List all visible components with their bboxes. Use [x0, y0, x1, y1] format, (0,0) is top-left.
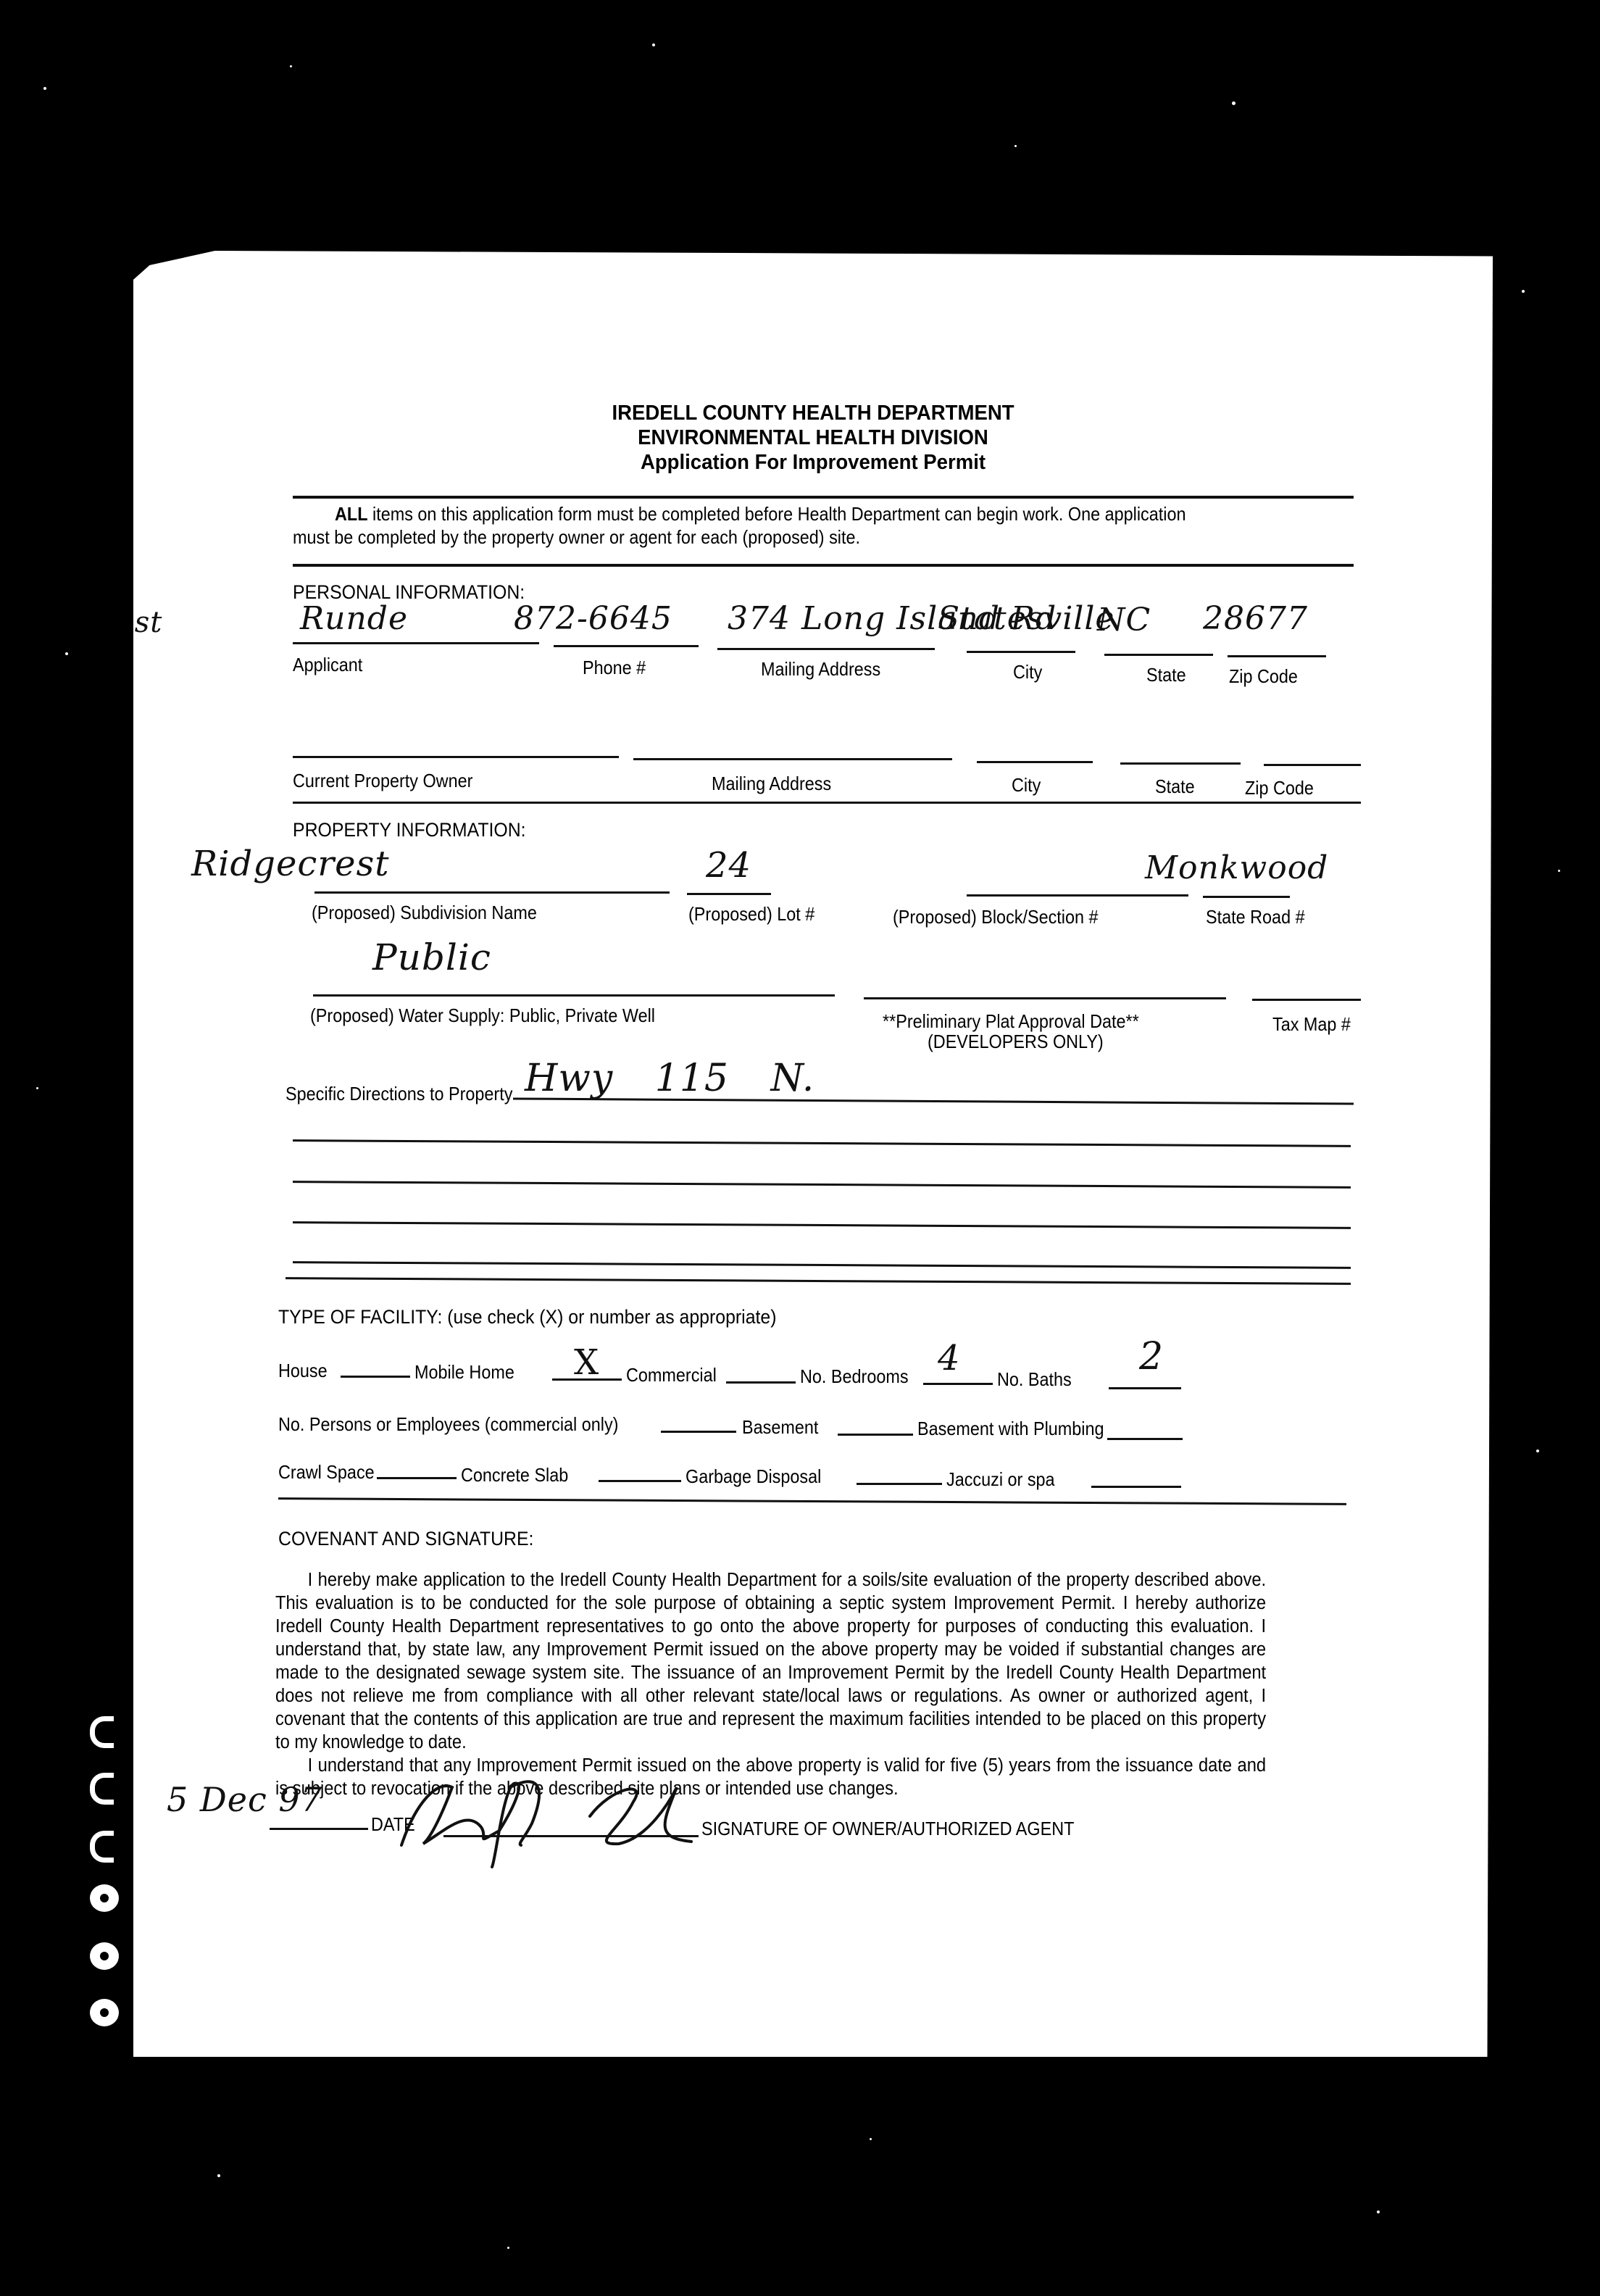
directions-label: Specific Directions to Property	[286, 1083, 512, 1105]
basement-plumbing-field[interactable]	[1107, 1438, 1183, 1440]
directions-line[interactable]	[293, 1221, 1351, 1229]
division-title: ENVIRONMENTAL HEALTH DIVISION	[167, 426, 1459, 450]
crawl-space-field[interactable]	[377, 1477, 457, 1479]
block-section-field[interactable]	[967, 894, 1188, 897]
concrete-slab-field[interactable]	[599, 1480, 681, 1482]
house-field[interactable]	[341, 1376, 410, 1378]
commercial-field[interactable]	[726, 1381, 796, 1384]
mobile-home-label: Mobile Home	[414, 1361, 514, 1384]
signature-label: SIGNATURE OF OWNER/AUTHORIZED AGENT	[701, 1818, 1074, 1840]
mobile-home-field[interactable]: X	[574, 1342, 599, 1383]
owner-city-label: City	[1012, 774, 1041, 796]
phone-label: Phone #	[583, 657, 646, 679]
baths-field[interactable]: 2	[1139, 1335, 1164, 1378]
persons-label: No. Persons or Employees (commercial onl…	[278, 1413, 618, 1436]
state-road-field[interactable]: Monkwood	[1145, 849, 1328, 886]
commercial-label: Commercial	[626, 1364, 717, 1386]
owner-mailing-label: Mailing Address	[712, 773, 831, 795]
covenant-paragraph-1: I hereby make application to the Iredell…	[275, 1568, 1266, 1754]
applicant-label: Applicant	[293, 654, 362, 676]
owner-mailing-field[interactable]	[633, 758, 952, 760]
block-section-label: (Proposed) Block/Section #	[893, 906, 1099, 928]
signature-field[interactable]	[372, 1758, 735, 1874]
application-form-page: IREDELL COUNTY HEALTH DEPARTMENT ENVIRON…	[133, 251, 1493, 2057]
lot-label: (Proposed) Lot #	[688, 903, 814, 926]
state-road-label: State Road #	[1206, 906, 1305, 928]
basement-label: Basement	[742, 1416, 818, 1439]
jacuzzi-label: Jaccuzi or spa	[946, 1468, 1055, 1491]
city-label: City	[1013, 661, 1042, 683]
state-label: State	[1146, 664, 1186, 686]
jacuzzi-field[interactable]	[1091, 1486, 1181, 1488]
owner-field[interactable]	[293, 756, 619, 758]
tax-map-field[interactable]	[1252, 999, 1361, 1001]
owner-state-field[interactable]	[1120, 762, 1241, 765]
lot-field[interactable]: 24	[706, 845, 751, 886]
directions-line[interactable]	[293, 1181, 1351, 1189]
owner-label: Current Property Owner	[293, 770, 472, 792]
plat-approval-field[interactable]	[864, 997, 1226, 999]
directions-line[interactable]	[293, 1261, 1351, 1269]
mailing-address-label: Mailing Address	[761, 658, 880, 681]
tax-map-label: Tax Map #	[1272, 1013, 1351, 1036]
form-title: Application For Improvement Permit	[167, 451, 1459, 475]
phone-field[interactable]: 872-6645	[514, 600, 672, 637]
concrete-slab-label: Concrete Slab	[461, 1464, 568, 1486]
house-label: House	[278, 1360, 328, 1382]
instructions-line1: ALL items on this application form must …	[335, 503, 1186, 525]
directions-line[interactable]	[293, 1139, 1351, 1147]
department-title: IREDELL COUNTY HEALTH DEPARTMENT	[167, 402, 1459, 425]
bedrooms-label: No. Bedrooms	[800, 1365, 909, 1388]
persons-field[interactable]	[661, 1431, 736, 1433]
instructions-line2: must be completed by the property owner …	[293, 526, 860, 549]
subdivision-label: (Proposed) Subdivision Name	[312, 902, 537, 924]
zip-label: Zip Code	[1229, 665, 1298, 688]
water-supply-label: (Proposed) Water Supply: Public, Private…	[310, 1004, 655, 1027]
garbage-disposal-field[interactable]	[857, 1483, 942, 1485]
garbage-disposal-label: Garbage Disposal	[686, 1465, 821, 1488]
crawl-space-label: Crawl Space	[278, 1461, 375, 1484]
facility-heading: TYPE OF FACILITY: (use check (X) or numb…	[278, 1306, 776, 1328]
bedrooms-field[interactable]: 4	[938, 1338, 961, 1378]
covenant-heading: COVENANT AND SIGNATURE:	[278, 1528, 533, 1550]
plat-approval-label: **Preliminary Plat Approval Date**	[883, 1010, 1139, 1033]
plat-approval-sublabel: (DEVELOPERS ONLY)	[928, 1031, 1104, 1053]
city-field[interactable]: Statesville	[938, 600, 1114, 637]
divider	[293, 564, 1354, 567]
divider	[293, 496, 1354, 499]
directions-field[interactable]: Hwy 115 N.	[525, 1057, 814, 1100]
owner-zip-field[interactable]	[1264, 764, 1361, 766]
owner-city-field[interactable]	[977, 761, 1093, 763]
baths-label: No. Baths	[997, 1368, 1072, 1391]
basement-plumbing-label: Basement with Plumbing	[917, 1418, 1104, 1440]
applicant-first-name[interactable]: Ernest	[61, 606, 162, 639]
zip-field[interactable]: 28677	[1203, 600, 1308, 637]
state-field[interactable]: NC	[1097, 602, 1151, 639]
date-field[interactable]: 5 Dec 97	[167, 1780, 322, 1819]
owner-zip-label: Zip Code	[1245, 777, 1314, 799]
subdivision-field[interactable]: Ridgecrest	[191, 844, 390, 884]
applicant-field[interactable]: Runde	[300, 600, 408, 637]
water-supply-field[interactable]: Public	[372, 936, 491, 978]
basement-field[interactable]	[838, 1434, 913, 1436]
property-info-heading: PROPERTY INFORMATION:	[293, 819, 526, 841]
owner-state-label: State	[1155, 775, 1195, 798]
